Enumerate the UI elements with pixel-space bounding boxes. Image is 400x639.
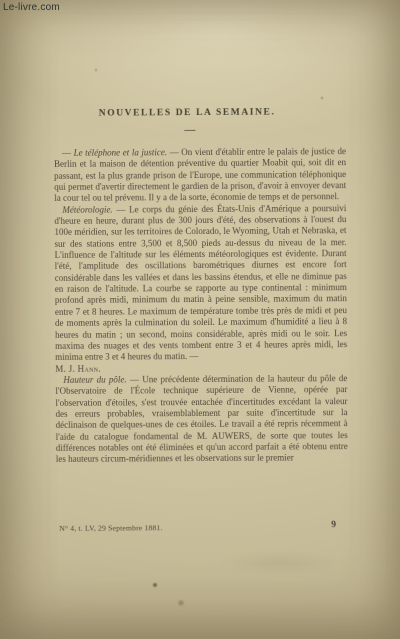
- text-column: — Le téléphone et la justice. — On vient…: [54, 146, 348, 465]
- author-signature: M. J. Hann.: [55, 362, 347, 375]
- page-content: NOUVELLES DE LA SEMAINE. — — Le téléphon…: [0, 0, 400, 639]
- page-title: NOUVELLES DE LA SEMAINE.: [99, 108, 269, 119]
- paragraph-prefix: —: [62, 148, 74, 158]
- section-divider-dash: —: [179, 124, 201, 136]
- site-watermark: Le-livre.com: [3, 2, 60, 13]
- paragraph-lead: Le téléphone et la justice.: [74, 147, 168, 158]
- paragraph-telephone-justice: — Le téléphone et la justice. — On vient…: [54, 146, 346, 205]
- paragraph-hauteur-du-pole: Hauteur du pôle. — Une précédente déterm…: [55, 373, 348, 466]
- scanned-page: Le-livre.com NOUVELLES DE LA SEMAINE. — …: [0, 0, 400, 639]
- paragraph-text: — Le corps du génie des États-Unis d'Amé…: [54, 203, 347, 362]
- issue-reference: N° 4, t. LV, 29 Septembre 1881.: [59, 523, 162, 533]
- page-number: 9: [331, 520, 336, 530]
- paragraph-lead: Météorologie.: [62, 204, 112, 214]
- paragraph-meteorologie: Météorologie. — Le corps du génie des Ét…: [54, 203, 347, 364]
- paragraph-text: — Une précédente détermination de la hau…: [55, 373, 347, 464]
- paragraph-lead: Hauteur du pôle.: [63, 374, 126, 384]
- paragraph-text: — On vient d'établir entre le palais de …: [54, 146, 346, 203]
- page-footer: N° 4, t. LV, 29 Septembre 1881. 9: [59, 522, 349, 533]
